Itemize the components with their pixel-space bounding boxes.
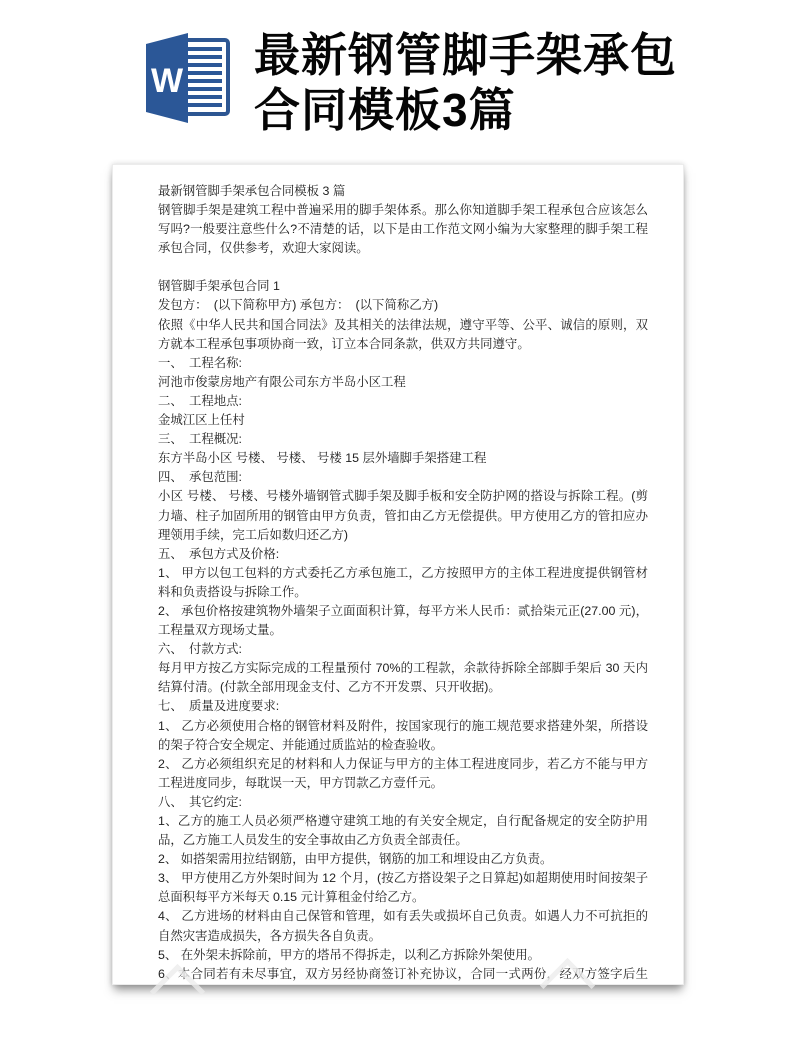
doc-clause-heading: 六、 付款方式: bbox=[158, 640, 648, 659]
page-background: W 最新钢管脚手架承包合同模板3篇 最新钢管脚手架承包合同模板 3 篇 钢管脚手… bbox=[0, 0, 800, 1043]
doc-paragraph: 4、 乙方进场的材料由自己保管和管理，如有丢失或损坏自己负责。如遇人力不可抗拒的… bbox=[158, 907, 648, 945]
doc-clause-heading: 二、 工程地点: bbox=[158, 392, 648, 411]
doc-clause-heading: 一、 工程名称: bbox=[158, 354, 648, 373]
doc-paragraph: 金城江区上任村 bbox=[158, 411, 648, 430]
doc-clause-heading: 七、 质量及进度要求: bbox=[158, 697, 648, 716]
doc-clause-heading: 三、 工程概况: bbox=[158, 430, 648, 449]
document-preview-page: 最新钢管脚手架承包合同模板 3 篇 钢管脚手架是建筑工程中普遍采用的脚手架体系。… bbox=[112, 164, 684, 985]
page-title: 最新钢管脚手架承包合同模板3篇 bbox=[254, 28, 702, 138]
doc-paragraph: 东方半岛小区 号楼、 号楼、 号楼 15 层外墙脚手架搭建工程 bbox=[158, 449, 648, 468]
doc-paragraph: 每月甲方按乙方实际完成的工程量预付 70%的工程款，余款待拆除全部脚手架后 30… bbox=[158, 659, 648, 697]
doc-paragraph: 1、 甲方以包工包料的方式委托乙方承包施工，乙方按照甲方的主体工程进度提供钢管材… bbox=[158, 564, 648, 602]
word-icon-letter: W bbox=[151, 62, 184, 100]
doc-paragraph: 小区 号楼、 号楼、号楼外墙钢管式脚手架及脚手板和安全防护网的搭设与拆除工程。(… bbox=[158, 487, 648, 544]
doc-paragraph: 2、 乙方必须组织充足的材料和人力保证与甲方的主体工程进度同步，若乙方不能与甲方… bbox=[158, 755, 648, 793]
doc-paragraph: 钢管脚手架是建筑工程中普遍采用的脚手架体系。那么你知道脚手架工程承包合应该怎么写… bbox=[158, 201, 648, 258]
doc-section-title: 钢管脚手架承包合同 1 bbox=[158, 277, 648, 296]
doc-paragraph: 3、 甲方使用乙方外架时间为 12 个月，(按乙方搭设架子之日算起)如超期使用时… bbox=[158, 869, 648, 907]
doc-paragraph: 依照《中华人民共和国合同法》及其相关的法律法规，遵守平等、公平、诚信的原则，双方… bbox=[158, 316, 648, 354]
doc-paragraph: 5、 在外架未拆除前，甲方的塔吊不得拆走，以利乙方拆除外架使用。 bbox=[158, 946, 648, 965]
word-file-icon: W bbox=[142, 32, 230, 124]
doc-clause-heading: 八、 其它约定: bbox=[158, 793, 648, 812]
doc-paragraph: 发包方： (以下简称甲方) 承包方： (以下简称乙方) bbox=[158, 296, 648, 315]
doc-paragraph: 1、 乙方必须使用合格的钢管材料及附件，按国家现行的施工规范要求搭建外架，所搭设… bbox=[158, 717, 648, 755]
doc-heading-line: 最新钢管脚手架承包合同模板 3 篇 bbox=[158, 182, 648, 201]
doc-paragraph: 1、乙方的施工人员必须严格遵守建筑工地的有关安全规定，自行配备规定的安全防护用品… bbox=[158, 812, 648, 850]
doc-paragraph: 2、 承包价格按建筑物外墙架子立面面积计算，每平方米人民币：贰拾柒元正(27.0… bbox=[158, 602, 648, 640]
doc-paragraph: 河池市俊蒙房地产有限公司东方半岛小区工程 bbox=[158, 373, 648, 392]
doc-clause-heading: 五、 承包方式及价格: bbox=[158, 545, 648, 564]
doc-clause-heading: 四、 承包范围: bbox=[158, 468, 648, 487]
doc-paragraph: 2、 如搭架需用拉结钢筋，由甲方提供，钢筋的加工和埋设由乙方负责。 bbox=[158, 850, 648, 869]
